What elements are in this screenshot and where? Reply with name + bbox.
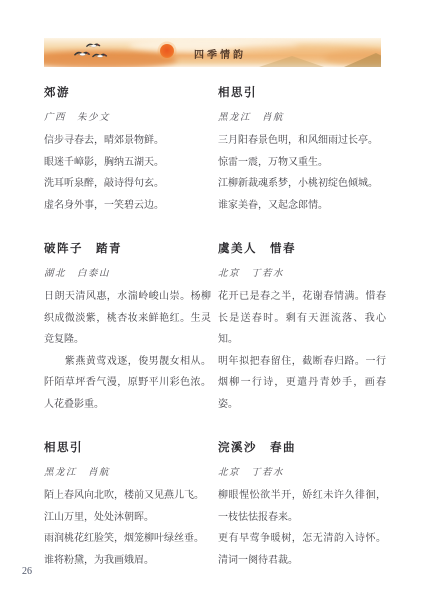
- column-left: 郊游广西 朱少文信步寻春去，晴郊景物鲜。眼迷千嶂影，胸纳五湖天。洗耳听泉醉，敲诗…: [44, 84, 211, 595]
- poem-title: 相思引: [218, 84, 386, 100]
- poem-author: 黑龙江 肖航: [218, 109, 386, 123]
- poem-title: 相思引: [44, 439, 211, 455]
- poem: 相思引黑龙江 肖航陌上春风向北吹，楼前又见燕儿飞。江山万里，处处沐朝晖。雨润桃花…: [44, 439, 211, 571]
- poem: 相思引黑龙江 肖航三月阳春景色明，和风细雨过长亭。惊雷一震，万物又重生。江柳新裁…: [218, 84, 386, 216]
- poem-line: 信步寻春去，晴郊景物鲜。: [44, 130, 211, 152]
- poem-author: 广西 朱少文: [44, 109, 211, 123]
- poem-title: 郊游: [44, 84, 211, 100]
- poem-line: 洗耳听泉醉，敲诗得句玄。: [44, 173, 211, 195]
- poem-paragraph: 紫燕黄莺戏逐，俊男靓女相从。阡陌草坪香气漫，原野平川彩色浓。人花叠影重。: [44, 351, 211, 416]
- poem: 浣溪沙 春曲北京 丁若水柳眼惺忪欲半开，娇红未许久徘徊，一枝怯怯报春来。更有早莺…: [218, 439, 386, 571]
- poem-line: 江山万里，处处沐朝晖。: [44, 507, 211, 529]
- book-page: 四季情韵 郊游广西 朱少文信步寻春去，晴郊景物鲜。眼迷千嶂影，胸纳五湖天。洗耳听…: [0, 0, 426, 600]
- banner-title: 四季情韵: [194, 46, 246, 61]
- poem-line: 三月阳春景色明，和风细雨过长亭。: [218, 130, 386, 152]
- poem-paragraph: 花开已是春之半，花谢春情满。惜春长是送春时。剩有天涯流落、我心知。: [218, 286, 386, 351]
- poem-title: 浣溪沙 春曲: [218, 439, 386, 455]
- poem-author: 黑龙江 肖航: [44, 464, 211, 478]
- poem-line: 谁将粉黛，为我画娥眉。: [44, 550, 211, 572]
- poem-author: 北京 丁若水: [218, 464, 386, 478]
- header-banner: 四季情韵: [44, 38, 381, 67]
- poem-line: 虚名身外事，一笑碧云边。: [44, 195, 211, 217]
- poem-line: 眼迷千嶂影，胸纳五湖天。: [44, 152, 211, 174]
- poem-line: 江柳新裁魂系梦，小桃初绽色倾城。: [218, 173, 386, 195]
- poem-title: 虞美人 惜春: [218, 240, 386, 256]
- column-right: 相思引黑龙江 肖航三月阳春景色明，和风细雨过长亭。惊雷一震，万物又重生。江柳新裁…: [218, 84, 386, 595]
- poem-line: 陌上春风向北吹，楼前又见燕儿飞。: [44, 485, 211, 507]
- poem: 破阵子 踏青湖北 白泰山日朗天清风惠，水湍岭峻山崇。杨柳织成微淡紫，桃杏妆来鲜艳…: [44, 240, 211, 415]
- poem-author: 湖北 白泰山: [44, 265, 211, 279]
- poem-line: 雨润桃花红脸笑，烟笼柳叶绿丝垂。: [44, 528, 211, 550]
- poem-line: 惊雷一震，万物又重生。: [218, 152, 386, 174]
- poem-paragraph: 柳眼惺忪欲半开，娇红未许久徘徊，一枝怯怯报春来。: [218, 485, 386, 528]
- poem: 郊游广西 朱少文信步寻春去，晴郊景物鲜。眼迷千嶂影，胸纳五湖天。洗耳听泉醉，敲诗…: [44, 84, 211, 216]
- poem-title: 破阵子 踏青: [44, 240, 211, 256]
- poem-author: 北京 丁若水: [218, 265, 386, 279]
- poem-line: 谁家美眷，又起念郎情。: [218, 195, 386, 217]
- poem-paragraph: 日朗天清风惠，水湍岭峻山崇。杨柳织成微淡紫，桃杏妆来鲜艳红。生灵竞复隆。: [44, 286, 211, 351]
- poem-paragraph: 明年拟把春留住，截断春归路。一行烟柳一行诗，更遣丹青妙手，画春姿。: [218, 351, 386, 416]
- poem-paragraph: 更有早莺争暖树，怎无清韵入诗怀。清词一阕待君裁。: [218, 528, 386, 571]
- poem: 虞美人 惜春北京 丁若水花开已是春之半，花谢春情满。惜春长是送春时。剩有天涯流落…: [218, 240, 386, 415]
- page-number: 26: [22, 566, 32, 577]
